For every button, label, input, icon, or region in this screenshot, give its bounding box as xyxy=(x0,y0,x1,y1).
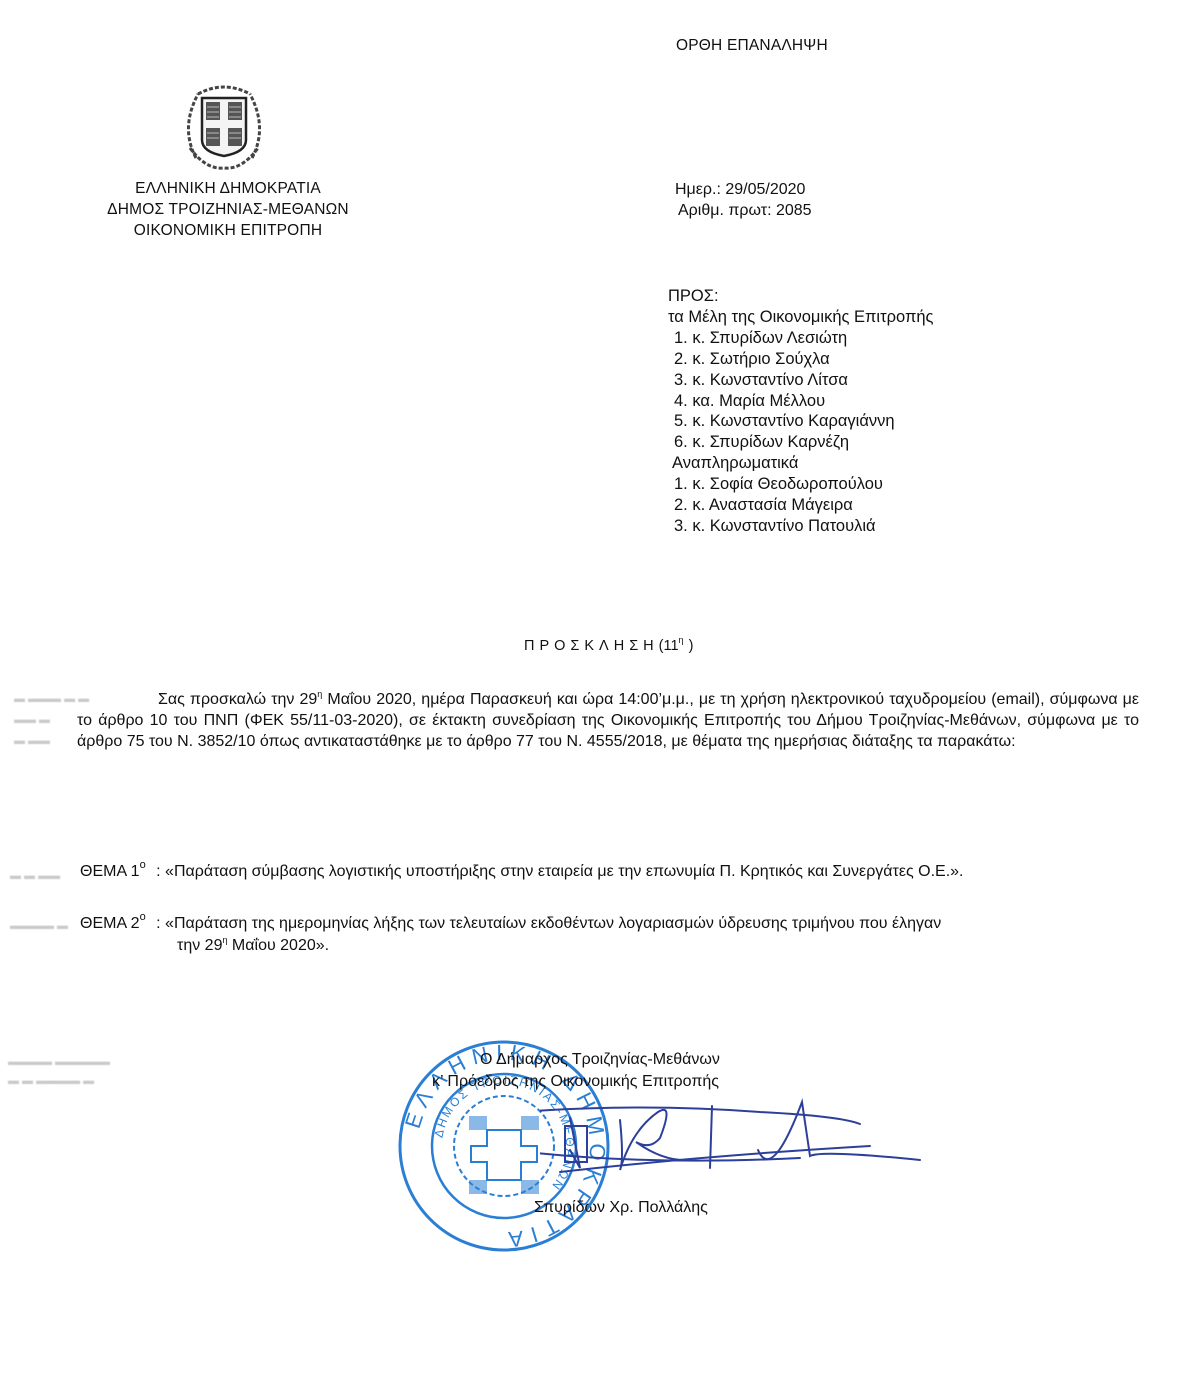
scan-artifact: ▬ ▬▬ xyxy=(14,735,50,747)
member-item: 2. κ. Σωτήριο Σούχλα xyxy=(674,349,933,370)
authority-line: ΔΗΜΟΣ ΤΡΟΙΖΗΝΙΑΣ-ΜΕΘΑΝΩΝ xyxy=(86,199,370,220)
protocol-number: Αριθμ. πρωτ: 2085 xyxy=(678,200,812,221)
member-item: 1. κ. Σπυρίδων Λεσιώτη xyxy=(674,328,933,349)
scan-artifact: ▬▬▬▬ ▬ xyxy=(10,920,68,932)
invitation-number: (11 xyxy=(659,638,679,654)
members-heading: τα Μέλη της Οικονομικής Επιτροπής xyxy=(668,307,933,328)
alternate-item: 3. κ. Κωνσταντίνο Πατουλιά xyxy=(674,516,933,537)
scan-artifact: ▬▬▬▬ ▬▬▬▬▬ xyxy=(8,1056,110,1068)
topic-sup: ο xyxy=(140,859,146,871)
member-item: 3. κ. Κωνσταντίνο Λίτσα xyxy=(674,370,933,391)
authority-line: ΕΛΛΗΝΙΚΗ ΔΗΜΟΚΡΑΤΙΑ xyxy=(86,178,370,199)
topic-text: : «Παράταση της ημερομηνίας λήξης των τε… xyxy=(156,915,941,932)
topic-2: ΘΕΜΑ 2ο : «Παράταση της ημερομηνίας λήξη… xyxy=(80,913,941,957)
topic-text: Μαΐου 2020». xyxy=(227,937,329,954)
alternate-item: 2. κ. Αναστασία Μάγειρα xyxy=(674,495,933,516)
signatory-role-2: κ’ Πρόεδρος της Οικονομικής Επιτροπής xyxy=(432,1073,719,1091)
topic-text: : «Παράταση σύμβασης λογιστικής υποστήρι… xyxy=(156,863,963,880)
invitation-body: Σας προσκαλώ την 29η Μαΐου 2020, ημέρα Π… xyxy=(77,689,1139,752)
recipients-block: ΠΡΟΣ: τα Μέλη της Οικονομικής Επιτροπής … xyxy=(668,286,933,537)
alternate-item: 1. κ. Σοφία Θεοδωροπούλου xyxy=(674,474,933,495)
document-date: Ημερ.: 29/05/2020 xyxy=(675,179,805,200)
invitation-number-close: ) xyxy=(689,638,699,654)
scan-artifact: ▬ ▬ ▬▬▬▬ ▬ xyxy=(8,1075,94,1087)
topic-text: την 29 xyxy=(177,937,222,954)
handwritten-signature xyxy=(540,1090,930,1180)
scan-artifact: ▬ ▬ ▬▬ xyxy=(10,870,60,882)
alternates-heading: Αναπληρωματικά xyxy=(668,453,933,474)
topic-sup: ο xyxy=(140,911,146,923)
topic-label: ΘΕΜΑ 2 xyxy=(80,915,140,932)
authority-line: ΟΙΚΟΝΟΜΙΚΗ ΕΠΙΤΡΟΠΗ xyxy=(86,220,370,241)
greek-coat-of-arms-icon xyxy=(176,78,272,174)
member-item: 6. κ. Σπυρίδων Καρνέζη xyxy=(674,432,933,453)
member-item: 4. κα. Μαρία Μέλλου xyxy=(674,391,933,412)
topic-label: ΘΕΜΑ 1 xyxy=(80,863,140,880)
signatory-name: Σπυρίδων Χρ. Πολλάλης xyxy=(534,1199,708,1217)
members-list: 1. κ. Σπυρίδων Λεσιώτη 2. κ. Σωτήριο Σού… xyxy=(668,328,933,453)
body-text-part: Σας προσκαλώ την 29 xyxy=(158,691,317,708)
correction-label: ΟΡΘΗ ΕΠΑΝΑΛΗΨΗ xyxy=(676,37,828,55)
invitation-title: ΠΡΟΣΚΛΗΣΗ(11η) xyxy=(524,638,698,654)
member-item: 5. κ. Κωνσταντίνο Καραγιάννη xyxy=(674,411,933,432)
signatory-role: Ο Δήμαρχος Τροιζηνίας-Μεθάνων xyxy=(480,1051,720,1069)
topic-1: ΘΕΜΑ 1ο : «Παράταση σύμβασης λογιστικής … xyxy=(80,863,964,881)
invitation-number-sup: η xyxy=(679,635,689,645)
scan-artifact: ▬▬ ▬ xyxy=(14,714,50,726)
alternates-list: 1. κ. Σοφία Θεοδωροπούλου 2. κ. Αναστασί… xyxy=(668,474,933,537)
authority-header: ΕΛΛΗΝΙΚΗ ΔΗΜΟΚΡΑΤΙΑ ΔΗΜΟΣ ΤΡΟΙΖΗΝΙΑΣ-ΜΕΘ… xyxy=(86,178,370,241)
to-label: ΠΡΟΣ: xyxy=(668,286,933,307)
invitation-title-text: ΠΡΟΣΚΛΗΣΗ xyxy=(524,638,659,654)
